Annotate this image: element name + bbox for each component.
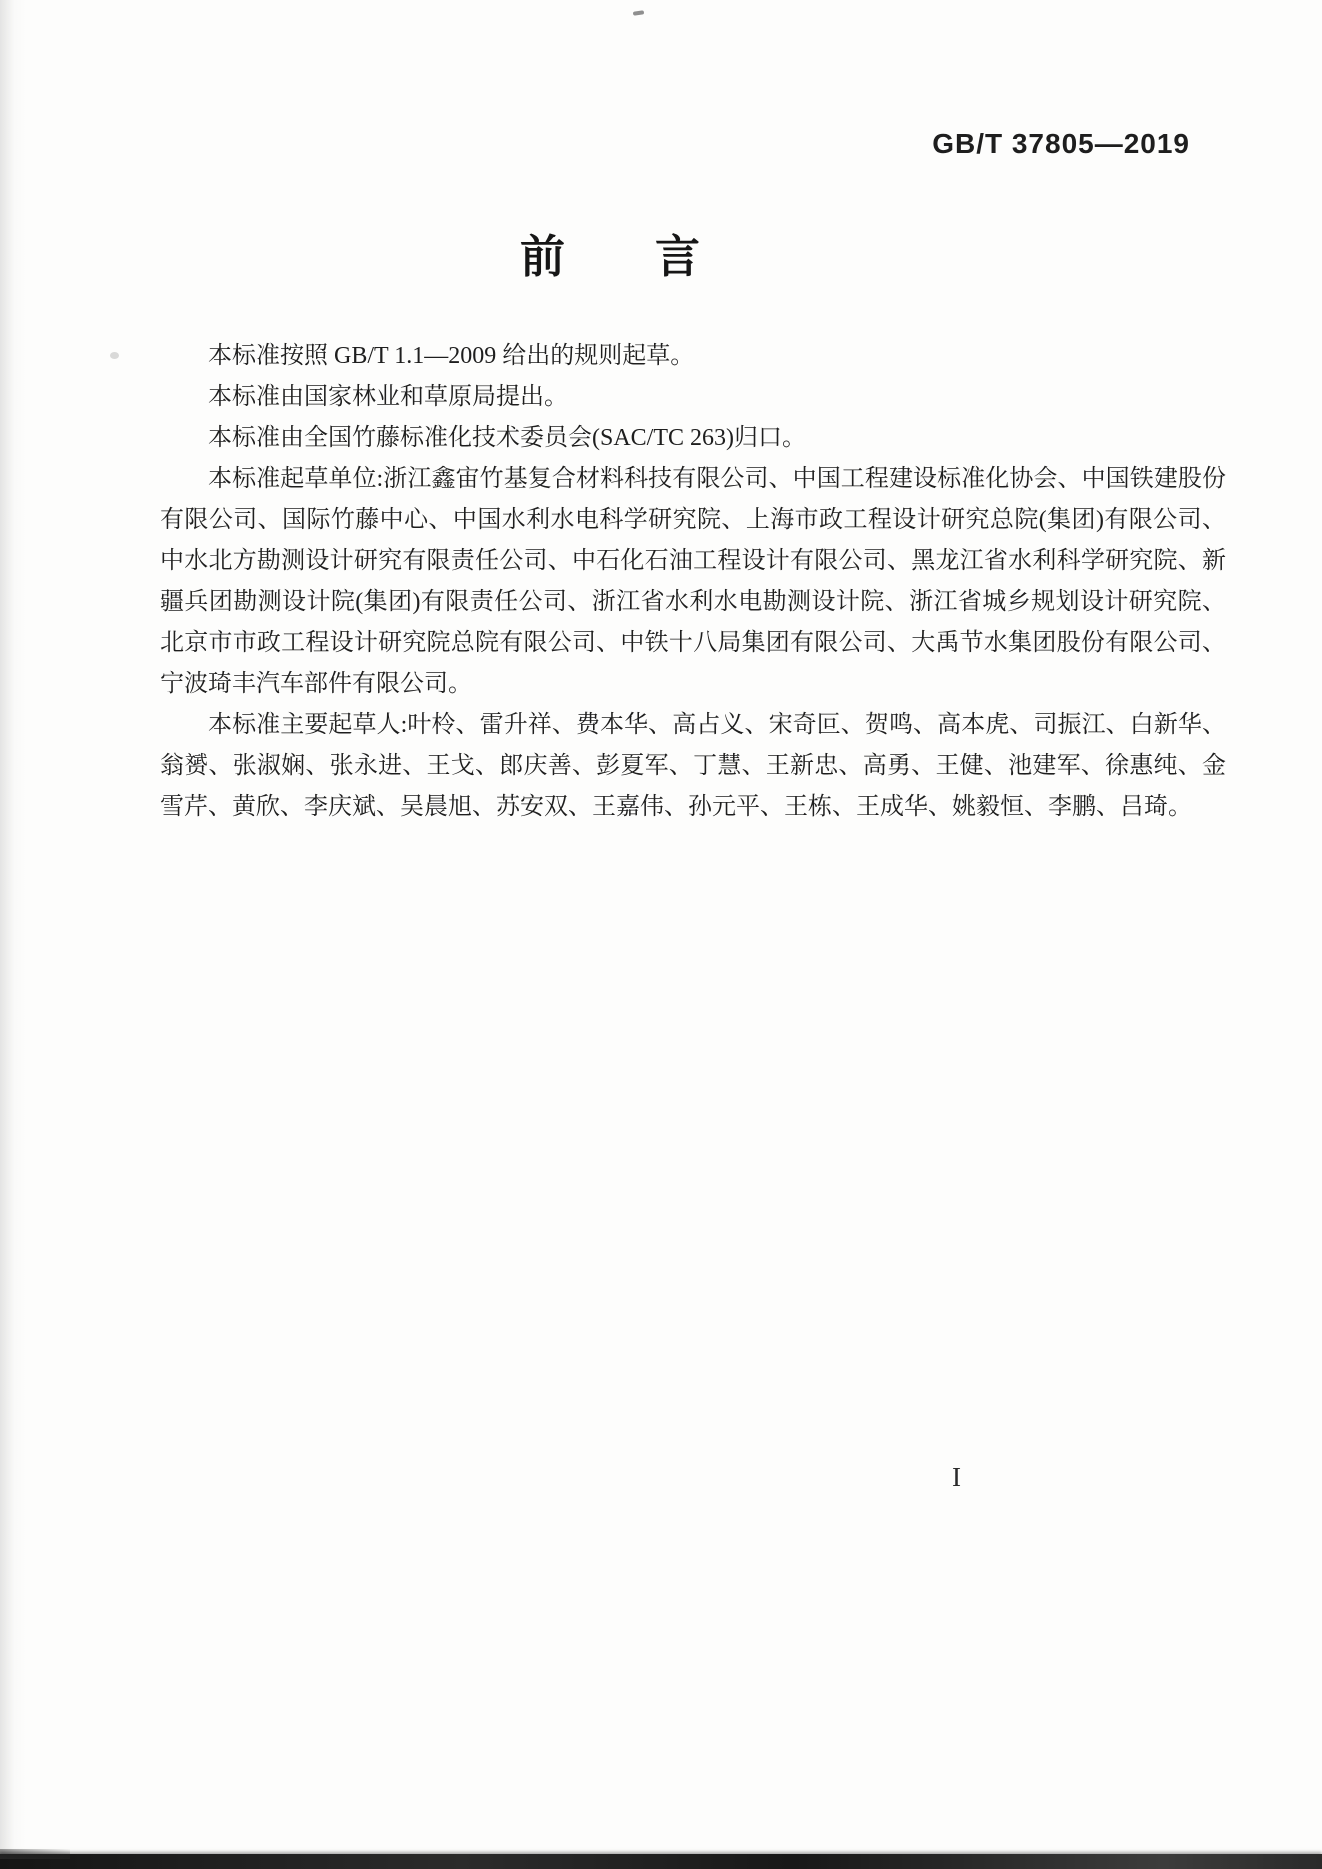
foreword-body: 本标准按照 GB/T 1.1—2009 给出的规则起草。 本标准由国家林业和草原… (160, 336, 1226, 828)
paragraph-centralized-by: 本标准由全国竹藤标准化技术委员会(SAC/TC 263)归口。 (160, 418, 1226, 459)
scan-bottom-edge-artifact (0, 1854, 1322, 1869)
page-title: 前 言 (160, 220, 1060, 285)
paragraph-chief-drafters: 本标准主要起草人:叶柃、雷升祥、费本华、高占义、宋奇叵、贺鸣、高本虎、司振江、白… (160, 705, 1226, 828)
scan-speck-left (110, 352, 119, 359)
page-number: I (952, 1462, 961, 1493)
paragraph-proposed-by: 本标准由国家林业和草原局提出。 (160, 377, 1226, 418)
scan-left-edge-shading (0, 0, 26, 1869)
scan-bottom-left-corner-artifact (0, 1849, 70, 1859)
document-page: GB/T 37805—2019 前 言 本标准按照 GB/T 1.1—2009 … (0, 0, 1322, 1869)
standard-number: GB/T 37805—2019 (0, 128, 1190, 160)
paragraph-drafting-organizations: 本标准起草单位:浙江鑫宙竹基复合材料科技有限公司、中国工程建设标准化协会、中国铁… (160, 459, 1226, 705)
paragraph-drafting-rules: 本标准按照 GB/T 1.1—2009 给出的规则起草。 (160, 336, 1226, 377)
scan-speck-top (633, 10, 644, 15)
